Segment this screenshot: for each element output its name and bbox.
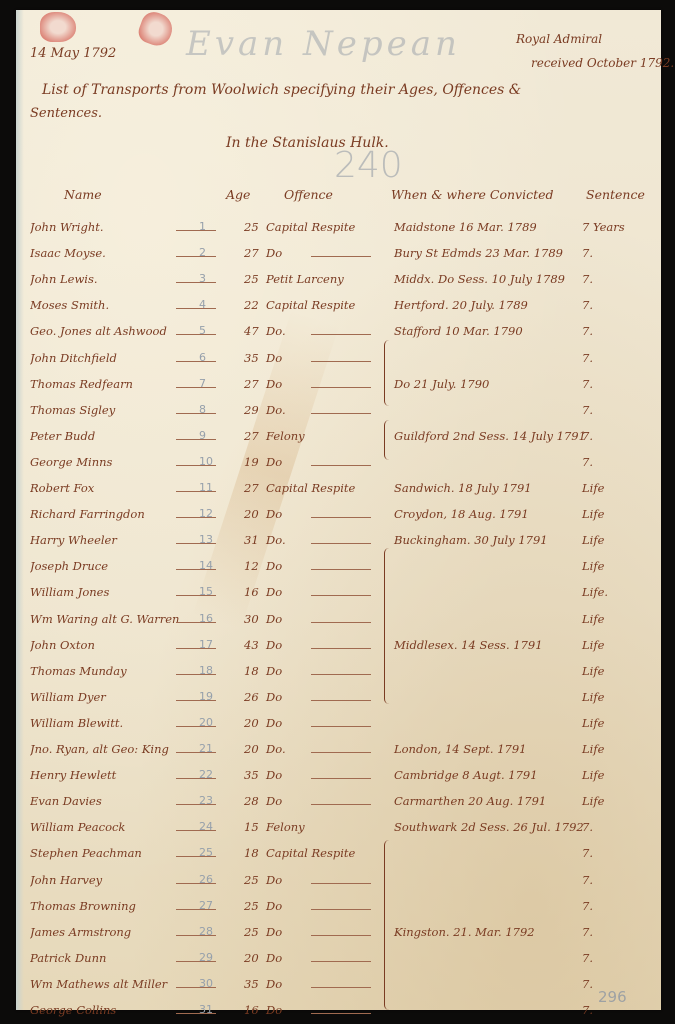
convict-sentence: 7. (582, 403, 593, 417)
pencil-tally: 4 (199, 298, 206, 311)
conviction-when-where: Stafford 10 Mar. 1790 (394, 324, 523, 338)
table-row: Moses Smith.422Capital RespiteHertford. … (16, 294, 661, 320)
convict-sentence: Life (582, 612, 604, 626)
convict-sentence: 7. (582, 429, 593, 443)
convict-sentence: Life (582, 507, 604, 521)
grouping-bracket (384, 420, 389, 460)
dash-rule (311, 752, 371, 753)
pencil-tally: 31 (199, 1003, 213, 1016)
convict-age: 31 (244, 533, 259, 547)
convict-age: 20 (244, 507, 259, 521)
convict-age: 27 (244, 481, 259, 495)
convict-name: Thomas Browning (30, 899, 180, 913)
table-row: George Collins3116Do7. (16, 999, 661, 1024)
dash-rule (176, 256, 216, 257)
convict-age: 27 (244, 377, 259, 391)
table-row: William Blewitt.2020DoLife (16, 712, 661, 738)
convict-sentence: Life (582, 533, 604, 547)
pencil-tally: 2 (199, 246, 206, 259)
conviction-when-where: Middx. Do Sess. 10 July 1789 (394, 272, 565, 286)
convict-sentence: 7. (582, 324, 593, 338)
table-row: Thomas Redfearn727DoDo 21 July. 17907. (16, 373, 661, 399)
dash-rule (311, 804, 371, 805)
convict-age: 18 (244, 846, 259, 860)
pencil-tally: 30 (199, 977, 213, 990)
convict-name: Robert Fox (30, 481, 180, 495)
convict-sentence: Life. (582, 585, 608, 599)
convict-name: William Dyer (30, 690, 180, 704)
pencil-tally: 16 (199, 612, 213, 625)
convict-offence: Do (266, 664, 282, 678)
convict-sentence: 7. (582, 298, 593, 312)
convict-offence: Do. (266, 742, 286, 756)
column-header-offence: Offence (284, 187, 333, 202)
table-row: Joseph Druce1412DoLife (16, 555, 661, 581)
pencil-tally: 19 (199, 690, 213, 703)
dash-rule (311, 334, 371, 335)
pencil-tally: 8 (199, 403, 206, 416)
convict-age: 25 (244, 272, 259, 286)
table-row: Jno. Ryan, alt Geo: King2120Do.London, 1… (16, 738, 661, 764)
convict-offence: Do (266, 690, 282, 704)
convict-offence: Felony (266, 429, 305, 443)
convict-name: Wm Waring alt G. Warren (30, 612, 180, 626)
dash-rule (311, 517, 371, 518)
convict-offence: Do (266, 585, 282, 599)
convict-age: 25 (244, 220, 259, 234)
pencil-tally: 3 (199, 272, 206, 285)
table-row: John Lewis.325Petit LarcenyMiddx. Do Ses… (16, 268, 661, 294)
convict-age: 30 (244, 612, 259, 626)
wax-seal-remnant (135, 8, 176, 49)
dash-rule (311, 569, 371, 570)
pencil-tally: 18 (199, 664, 213, 677)
convict-name: Geo. Jones alt Ashwood (30, 324, 180, 338)
convict-age: 35 (244, 977, 259, 991)
table-row: John Oxton1743DoMiddlesex. 14 Sess. 1791… (16, 634, 661, 660)
pencil-tally: 1 (199, 220, 206, 233)
conviction-when-where: Sandwich. 18 July 1791 (394, 481, 532, 495)
dash-rule (311, 883, 371, 884)
convict-sentence: Life (582, 638, 604, 652)
convict-sentence: Life (582, 768, 604, 782)
conviction-when-where: Buckingham. 30 July 1791 (394, 533, 548, 547)
dash-rule (176, 308, 216, 309)
table-row: Thomas Browning2725Do7. (16, 895, 661, 921)
pencil-tally: 29 (199, 951, 213, 964)
convict-name: Joseph Druce (30, 559, 180, 573)
convict-age: 19 (244, 455, 259, 469)
conviction-when-where: Croydon, 18 Aug. 1791 (394, 507, 529, 521)
convict-offence: Do (266, 638, 282, 652)
convict-name: William Blewitt. (30, 716, 180, 730)
pencil-tally: 5 (199, 324, 206, 337)
table-row: George Minns1019Do7. (16, 451, 661, 477)
convict-sentence: Life (582, 481, 604, 495)
convict-offence: Capital Respite (266, 846, 355, 860)
convict-offence: Do. (266, 324, 286, 338)
dash-rule (176, 361, 216, 362)
table-row: James Armstrong2825DoKingston. 21. Mar. … (16, 921, 661, 947)
convict-offence: Do (266, 455, 282, 469)
table-row: William Peacock2415FelonySouthwark 2d Se… (16, 816, 661, 842)
column-header-sentence: Sentence (586, 187, 645, 202)
convict-sentence: Life (582, 794, 604, 808)
table-row: John Wright.125Capital RespiteMaidstone … (16, 216, 661, 242)
conviction-when-where: Do 21 July. 1790 (394, 377, 489, 391)
conviction-when-where: Hertford. 20 July. 1789 (394, 298, 528, 312)
convict-sentence: Life (582, 690, 604, 704)
convict-name: John Oxton (30, 638, 180, 652)
conviction-when-where: Middlesex. 14 Sess. 1791 (394, 638, 543, 652)
convict-sentence: 7. (582, 846, 593, 860)
convict-name: Moses Smith. (30, 298, 180, 312)
dash-rule (311, 674, 371, 675)
convict-name: Patrick Dunn (30, 951, 180, 965)
convict-offence: Do (266, 246, 282, 260)
convict-name: Wm Mathews alt Miller (30, 977, 180, 991)
convict-sentence: 7. (582, 899, 593, 913)
convict-offence: Do (266, 768, 282, 782)
convict-age: 25 (244, 873, 259, 887)
table-row: Wm Mathews alt Miller3035Do7. (16, 973, 661, 999)
convict-name: Henry Hewlett (30, 768, 180, 782)
pencil-tally: 20 (199, 716, 213, 729)
convict-age: 16 (244, 1003, 259, 1017)
convict-sentence: Life (582, 742, 604, 756)
dash-rule (311, 987, 371, 988)
convict-offence: Do (266, 716, 282, 730)
convict-offence: Capital Respite (266, 220, 355, 234)
convict-age: 35 (244, 768, 259, 782)
convict-age: 22 (244, 298, 259, 312)
convict-sentence: Life (582, 559, 604, 573)
pencil-tally: 27 (199, 899, 213, 912)
conviction-when-where: Kingston. 21. Mar. 1792 (394, 925, 535, 939)
table-row: Geo. Jones alt Ashwood547Do.Stafford 10 … (16, 320, 661, 346)
table-row: Harry Wheeler1331Do.Buckingham. 30 July … (16, 529, 661, 555)
manuscript-page: Evan Nepean 240 296 14 May 1792 List of … (16, 10, 661, 1010)
convict-name: John Harvey (30, 873, 180, 887)
ship-annotation: Royal Admiral (516, 32, 602, 46)
pencil-tally: 12 (199, 507, 213, 520)
pencil-tally: 26 (199, 873, 213, 886)
pencil-tally: 7 (199, 377, 206, 390)
convict-sentence: 7. (582, 455, 593, 469)
convict-sentence: 7. (582, 377, 593, 391)
grouping-bracket (384, 548, 389, 704)
convict-name: Stephen Peachman (30, 846, 180, 860)
conviction-when-where: London, 14 Sept. 1791 (394, 742, 527, 756)
pencil-tally: 10 (199, 455, 213, 468)
dash-rule (176, 334, 216, 335)
pencil-tally: 9 (199, 429, 206, 442)
convict-offence: Do. (266, 403, 286, 417)
convict-name: Evan Davies (30, 794, 180, 808)
conviction-when-where: Maidstone 16 Mar. 1789 (394, 220, 537, 234)
convict-offence: Felony (266, 820, 305, 834)
grouping-bracket (384, 840, 389, 1010)
convict-offence: Capital Respite (266, 481, 355, 495)
pencil-tally: 6 (199, 351, 206, 364)
table-row: Henry Hewlett2235DoCambridge 8 Augt. 179… (16, 764, 661, 790)
pencil-tally: 21 (199, 742, 213, 755)
convict-age: 27 (244, 246, 259, 260)
conviction-when-where: Cambridge 8 Augt. 1791 (394, 768, 538, 782)
table-row: William Dyer1926DoLife (16, 686, 661, 712)
table-row: Wm Waring alt G. Warren1630DoLife (16, 608, 661, 634)
convict-name: Thomas Sigley (30, 403, 180, 417)
convict-name: William Peacock (30, 820, 180, 834)
dash-rule (311, 726, 371, 727)
dash-rule (311, 778, 371, 779)
convict-age: 47 (244, 324, 259, 338)
column-header-age: Age (226, 187, 250, 202)
convict-age: 20 (244, 951, 259, 965)
convict-name: James Armstrong (30, 925, 180, 939)
convict-age: 35 (244, 351, 259, 365)
convict-age: 27 (244, 429, 259, 443)
convict-sentence: 7. (582, 977, 593, 991)
convict-sentence: 7. (582, 925, 593, 939)
convict-sentence: Life (582, 664, 604, 678)
convict-offence: Do (266, 925, 282, 939)
dash-rule (311, 909, 371, 910)
received-annotation: received October 1792. (531, 56, 674, 70)
convict-offence: Do (266, 351, 282, 365)
dash-rule (311, 700, 371, 701)
pencil-signature: Evan Nepean (186, 24, 461, 64)
convict-offence: Do (266, 899, 282, 913)
convict-offence: Do (266, 559, 282, 573)
convict-age: 28 (244, 794, 259, 808)
convict-name: William Jones (30, 585, 180, 599)
convict-sentence: 7. (582, 272, 593, 286)
convict-age: 15 (244, 820, 259, 834)
convict-sentence: 7. (582, 246, 593, 260)
convict-sentence: 7. (582, 951, 593, 965)
column-header-name: Name (64, 187, 102, 202)
column-header-when-where: When & where Convicted (391, 187, 554, 202)
table-row: Isaac Moyse.227DoBury St Edmds 23 Mar. 1… (16, 242, 661, 268)
table-row: Peter Budd927FelonyGuildford 2nd Sess. 1… (16, 425, 661, 451)
convict-name: Harry Wheeler (30, 533, 180, 547)
convict-offence: Do (266, 507, 282, 521)
wax-seal-remnant (40, 12, 76, 42)
table-row: Patrick Dunn2920Do7. (16, 947, 661, 973)
table-row: Thomas Munday1818DoLife (16, 660, 661, 686)
convict-name: Thomas Redfearn (30, 377, 180, 391)
convict-name: Isaac Moyse. (30, 246, 180, 260)
pencil-tally: 23 (199, 794, 213, 807)
convict-name: John Lewis. (30, 272, 180, 286)
pencil-number: 240 (334, 145, 403, 186)
convict-name: George Collins (30, 1003, 180, 1017)
table-row: Stephen Peachman2518Capital Respite7. (16, 842, 661, 868)
convict-offence: Do (266, 612, 282, 626)
document-title-continued: Sentences. (30, 106, 102, 121)
pencil-tally: 22 (199, 768, 213, 781)
pencil-tally: 11 (199, 481, 213, 494)
table-row: Robert Fox1127Capital RespiteSandwich. 1… (16, 477, 661, 503)
convict-offence: Do (266, 794, 282, 808)
dash-rule (311, 1013, 371, 1014)
convict-offence: Do (266, 377, 282, 391)
convict-offence: Capital Respite (266, 298, 355, 312)
conviction-when-where: Southwark 2d Sess. 26 Jul. 1792 (394, 820, 584, 834)
convict-age: 20 (244, 716, 259, 730)
table-row: John Ditchfield635Do7. (16, 347, 661, 373)
grouping-bracket (384, 340, 389, 406)
pencil-tally: 17 (199, 638, 213, 651)
convict-age: 18 (244, 664, 259, 678)
convict-age: 20 (244, 742, 259, 756)
conviction-when-where: Guildford 2nd Sess. 14 July 1791 (394, 429, 586, 443)
convict-offence: Do (266, 977, 282, 991)
convict-name: Richard Farringdon (30, 507, 180, 521)
convict-name: Jno. Ryan, alt Geo: King (30, 742, 180, 756)
dash-rule (311, 387, 371, 388)
convict-sentence: 7. (582, 820, 593, 834)
dash-rule (176, 387, 216, 388)
table-row: Richard Farringdon1220DoCroydon, 18 Aug.… (16, 503, 661, 529)
dash-rule (311, 961, 371, 962)
conviction-when-where: Bury St Edmds 23 Mar. 1789 (394, 246, 563, 260)
pencil-tally: 14 (199, 559, 213, 572)
convict-age: 25 (244, 899, 259, 913)
convict-sentence: 7 Years (582, 220, 625, 234)
document-date: 14 May 1792 (30, 46, 116, 61)
table-row: William Jones1516DoLife. (16, 581, 661, 607)
convict-offence: Do. (266, 533, 286, 547)
convict-age: 26 (244, 690, 259, 704)
dash-rule (311, 648, 371, 649)
convict-sentence: 7. (582, 351, 593, 365)
dash-rule (311, 935, 371, 936)
convict-age: 25 (244, 925, 259, 939)
convict-sentence: Life (582, 716, 604, 730)
convict-sentence: 7. (582, 873, 593, 887)
dash-rule (176, 413, 216, 414)
convict-offence: Petit Larceny (266, 272, 344, 286)
dash-rule (311, 622, 371, 623)
convict-name: John Ditchfield (30, 351, 180, 365)
dash-rule (311, 543, 371, 544)
table-row: Evan Davies2328DoCarmarthen 20 Aug. 1791… (16, 790, 661, 816)
convict-name: George Minns (30, 455, 180, 469)
document-title: List of Transports from Woolwich specify… (42, 82, 521, 98)
pencil-tally: 13 (199, 533, 213, 546)
table-row: Thomas Sigley829Do.7. (16, 399, 661, 425)
convict-offence: Do (266, 873, 282, 887)
pencil-tally: 28 (199, 925, 213, 938)
convict-age: 43 (244, 638, 259, 652)
convict-name: John Wright. (30, 220, 180, 234)
pencil-tally: 24 (199, 820, 213, 833)
pencil-tally: 25 (199, 846, 213, 859)
convict-sentence: 7. (582, 1003, 593, 1017)
conviction-when-where: Carmarthen 20 Aug. 1791 (394, 794, 546, 808)
convict-name: Thomas Munday (30, 664, 180, 678)
table-row: John Harvey2625Do7. (16, 869, 661, 895)
dash-rule (311, 595, 371, 596)
convict-age: 16 (244, 585, 259, 599)
document-subtitle: In the Stanislaus Hulk. (226, 135, 389, 151)
convict-age: 12 (244, 559, 259, 573)
dash-rule (176, 439, 216, 440)
dash-rule (176, 282, 216, 283)
dash-rule (176, 230, 216, 231)
dash-rule (311, 256, 371, 257)
convict-age: 29 (244, 403, 259, 417)
dash-rule (311, 413, 371, 414)
convict-offence: Do (266, 951, 282, 965)
convict-offence: Do (266, 1003, 282, 1017)
pencil-tally: 15 (199, 585, 213, 598)
convict-name: Peter Budd (30, 429, 180, 443)
dash-rule (311, 361, 371, 362)
dash-rule (311, 465, 371, 466)
